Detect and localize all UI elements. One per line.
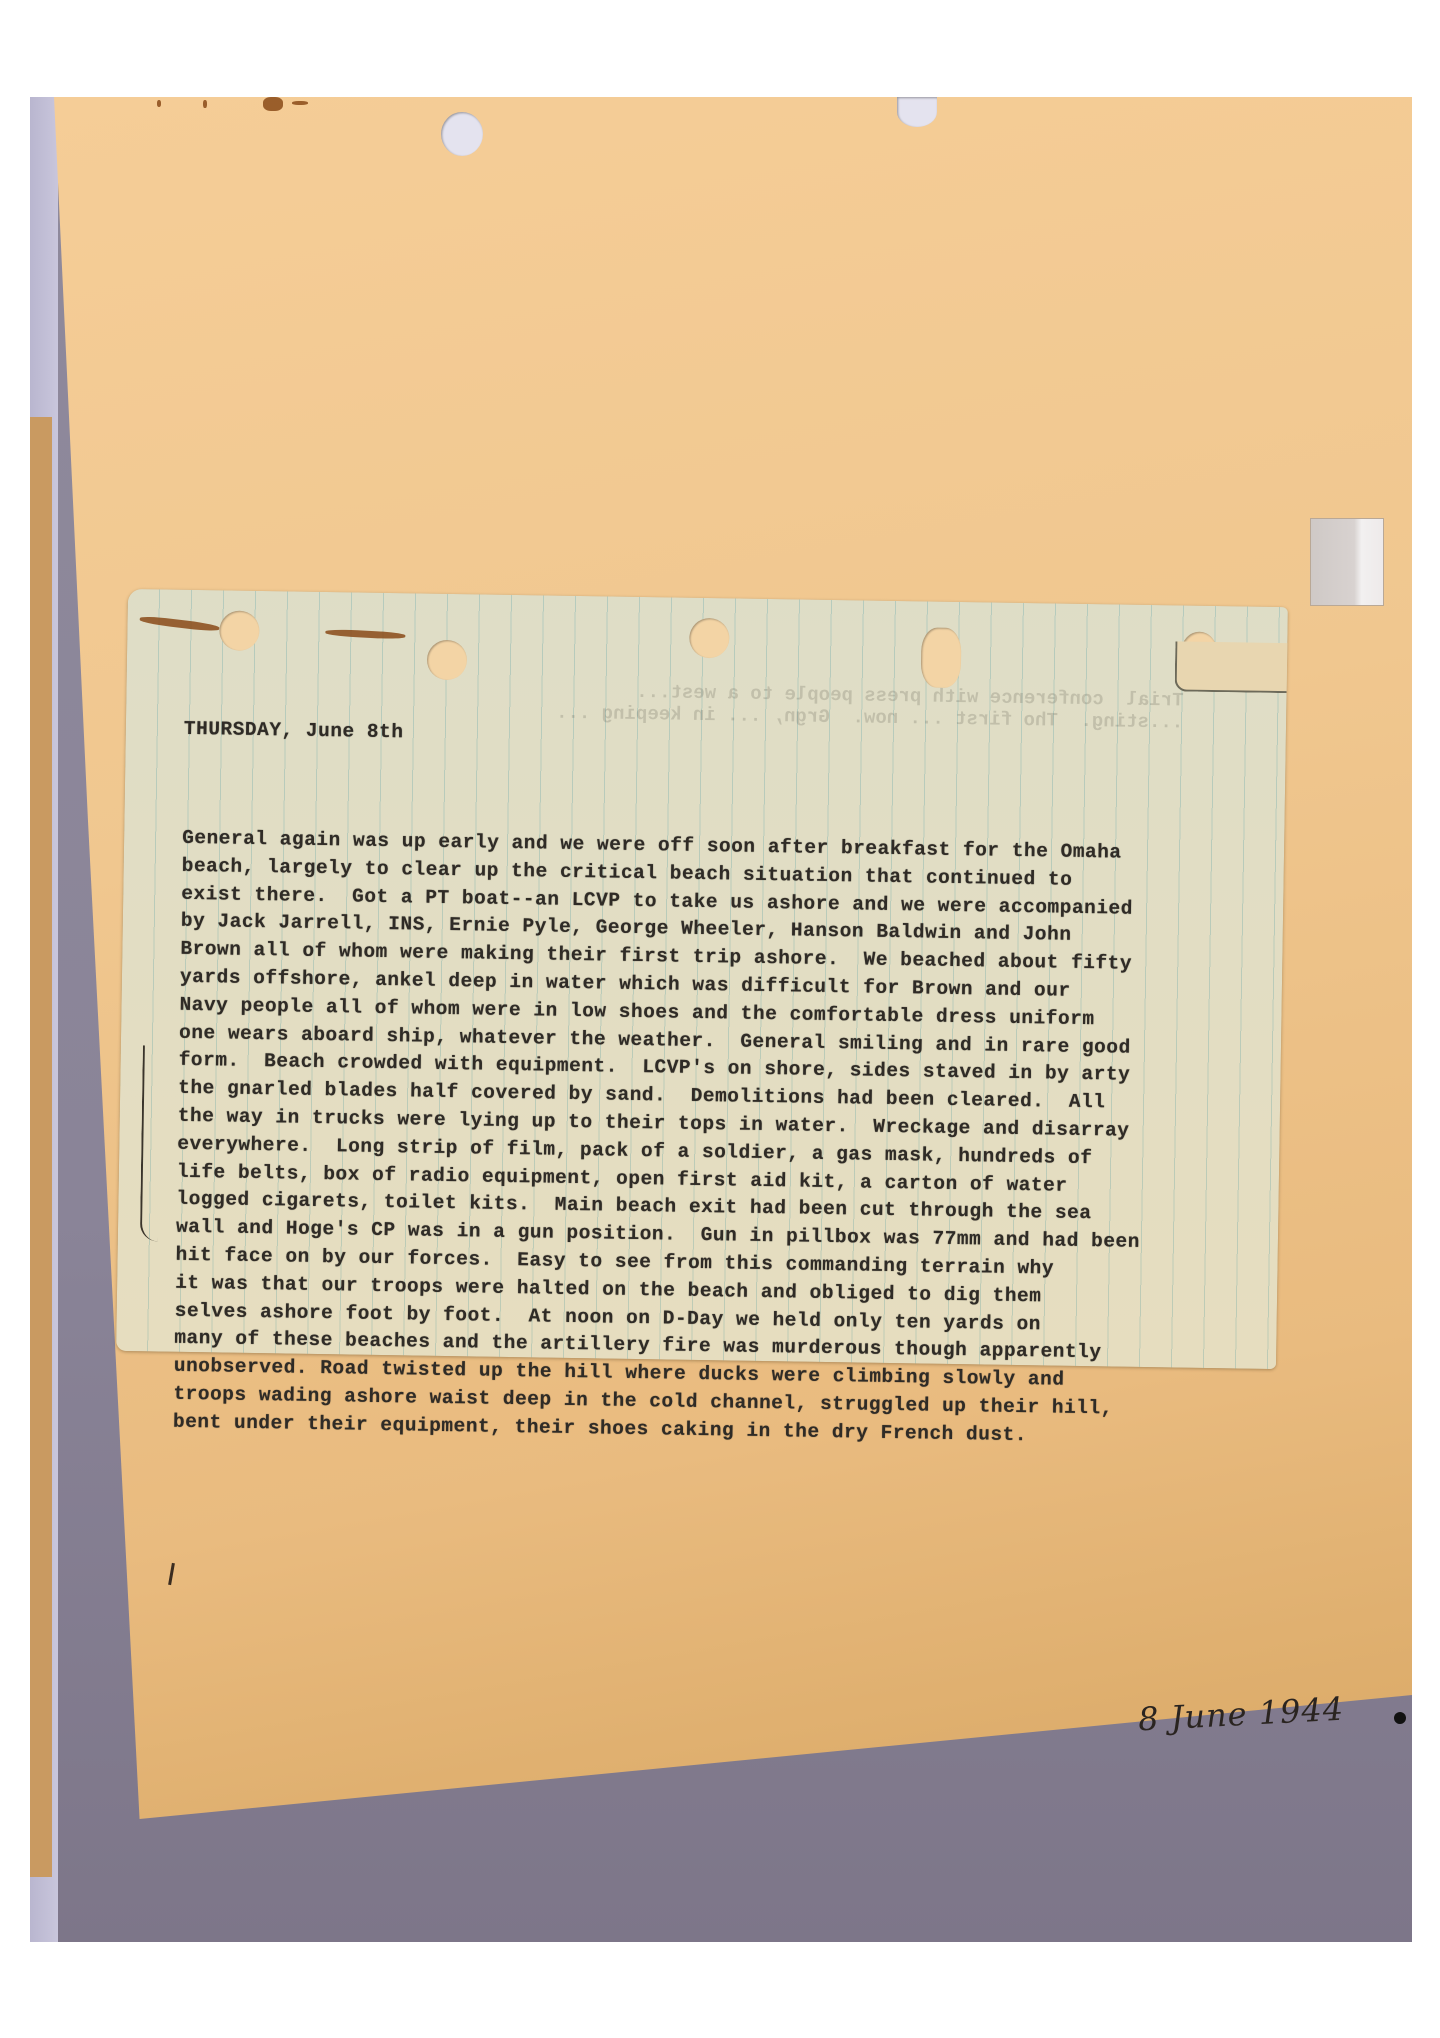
punch-hole bbox=[897, 97, 937, 127]
card-punch-hole bbox=[689, 618, 730, 659]
left-folder-edge bbox=[30, 417, 52, 1877]
margin-bracket-mark bbox=[140, 1045, 161, 1241]
typed-entry: THURSDAY, June 8th General again was up … bbox=[172, 660, 1265, 1509]
tape-piece bbox=[1310, 518, 1384, 606]
rust-stain bbox=[292, 101, 308, 105]
rust-stain bbox=[263, 97, 283, 111]
entry-body: General again was up early and we were o… bbox=[173, 825, 1262, 1453]
ink-dot bbox=[1394, 1712, 1406, 1724]
card-punch-hole bbox=[219, 610, 260, 651]
punch-hole bbox=[441, 112, 483, 156]
rust-stain bbox=[325, 629, 405, 640]
entry-date-heading: THURSDAY, June 8th bbox=[184, 715, 1264, 760]
rust-stain bbox=[203, 100, 207, 108]
rust-stain bbox=[157, 100, 161, 107]
diary-card: Trial conference with press people to a … bbox=[116, 589, 1288, 1369]
rust-stain bbox=[139, 615, 219, 633]
